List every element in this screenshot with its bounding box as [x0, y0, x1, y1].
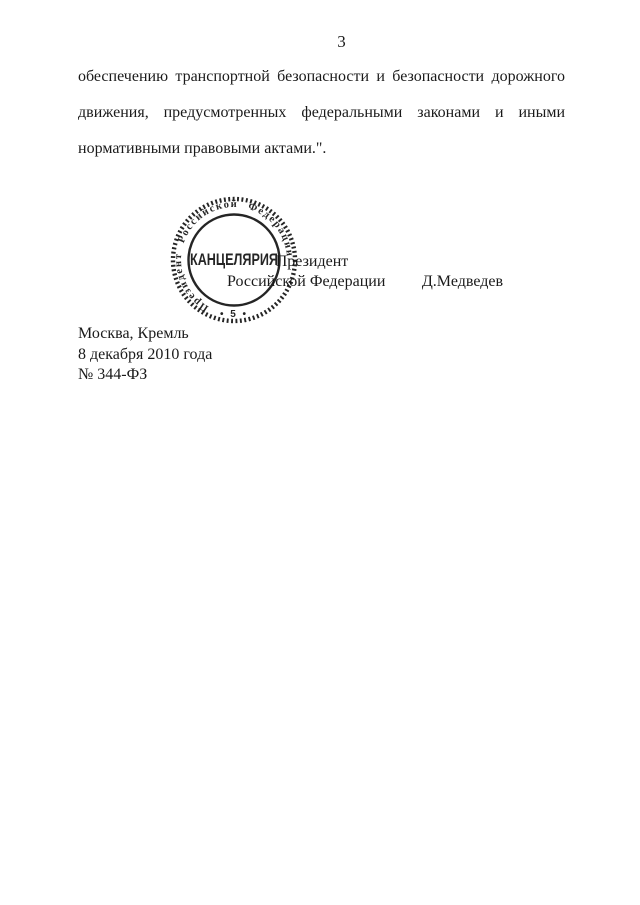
page-number: 3	[78, 32, 605, 52]
issue-date: 8 декабря 2010 года	[78, 345, 212, 366]
issue-place: Москва, Кремль	[78, 324, 212, 345]
chancellery-round-stamp: Президент Российской Федерации • 5 • КАН…	[164, 190, 304, 330]
stamp-bottom-number: • 5 •	[220, 309, 248, 320]
signatory-name: Д.Медведев	[422, 272, 503, 292]
law-number: № 344-ФЗ	[78, 365, 212, 386]
issue-details-block: Москва, Кремль 8 декабря 2010 года № 344…	[78, 324, 212, 386]
document-page: 3 обеспечению транспортной безопасности …	[0, 0, 640, 905]
stamp-center-label: КАНЦЕЛЯРИЯ	[190, 250, 278, 269]
body-paragraph: обеспечению транспортной безопасности и …	[78, 59, 565, 167]
paragraph-line-3: нормативными правовыми актами.".	[78, 131, 565, 167]
paragraph-line-2: движения, предусмотренных федеральными з…	[78, 95, 565, 131]
paragraph-line-1: обеспечению транспортной безопасности и …	[78, 59, 565, 95]
